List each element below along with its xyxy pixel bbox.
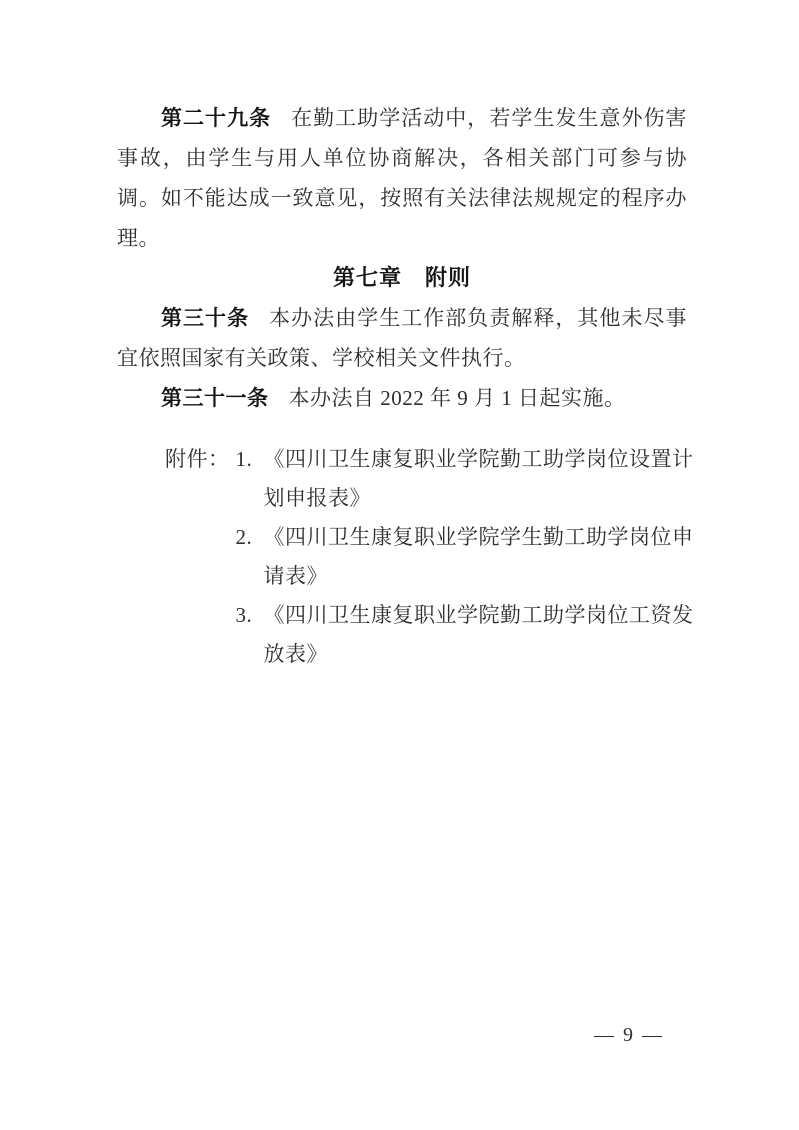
attachment-item-2: 2. 《四川卫生康复职业学院学生勤工助学岗位申请表》 <box>236 518 694 596</box>
attachment-2-number: 2. <box>236 518 264 596</box>
page-number: — 9 — <box>594 1024 664 1047</box>
article-31-text: 本办法自 2022 年 9 月 1 日起实施。 <box>289 386 626 410</box>
article-30-label: 第三十条 <box>161 306 249 330</box>
article-31-label: 第三十一条 <box>161 386 269 410</box>
paragraph-article-30: 第三十条本办法由学生工作部负责解释，其他未尽事宜依照国家有关政策、学校相关文件执… <box>117 298 687 378</box>
chapter-7-heading: 第七章 附则 <box>117 258 687 298</box>
attachment-2-title: 《四川卫生康复职业学院学生勤工助学岗位申请表》 <box>264 518 694 596</box>
attachment-3-number: 3. <box>236 596 264 674</box>
attachment-1-number: 1. <box>236 440 264 518</box>
attachment-item-3: 3. 《四川卫生康复职业学院勤工助学岗位工资发放表》 <box>236 596 694 674</box>
paragraph-article-29: 第二十九条在勤工助学活动中，若学生发生意外伤害事故，由学生与用人单位协商解决，各… <box>117 98 687 258</box>
attachment-3-title: 《四川卫生康复职业学院勤工助学岗位工资发放表》 <box>264 596 694 674</box>
attachments-label: 附件： <box>165 440 230 674</box>
attachment-1-title: 《四川卫生康复职业学院勤工助学岗位设置计划申报表》 <box>264 440 694 518</box>
attachment-item-1: 1. 《四川卫生康复职业学院勤工助学岗位设置计划申报表》 <box>236 440 694 518</box>
document-page: 第二十九条在勤工助学活动中，若学生发生意外伤害事故，由学生与用人单位协商解决，各… <box>0 0 799 1130</box>
article-29-label: 第二十九条 <box>161 106 271 130</box>
paragraph-article-31: 第三十一条本办法自 2022 年 9 月 1 日起实施。 <box>117 378 687 418</box>
attachments-block: 附件： 1. 《四川卫生康复职业学院勤工助学岗位设置计划申报表》 2. 《四川卫… <box>117 440 687 674</box>
attachments-list: 1. 《四川卫生康复职业学院勤工助学岗位设置计划申报表》 2. 《四川卫生康复职… <box>236 440 694 674</box>
